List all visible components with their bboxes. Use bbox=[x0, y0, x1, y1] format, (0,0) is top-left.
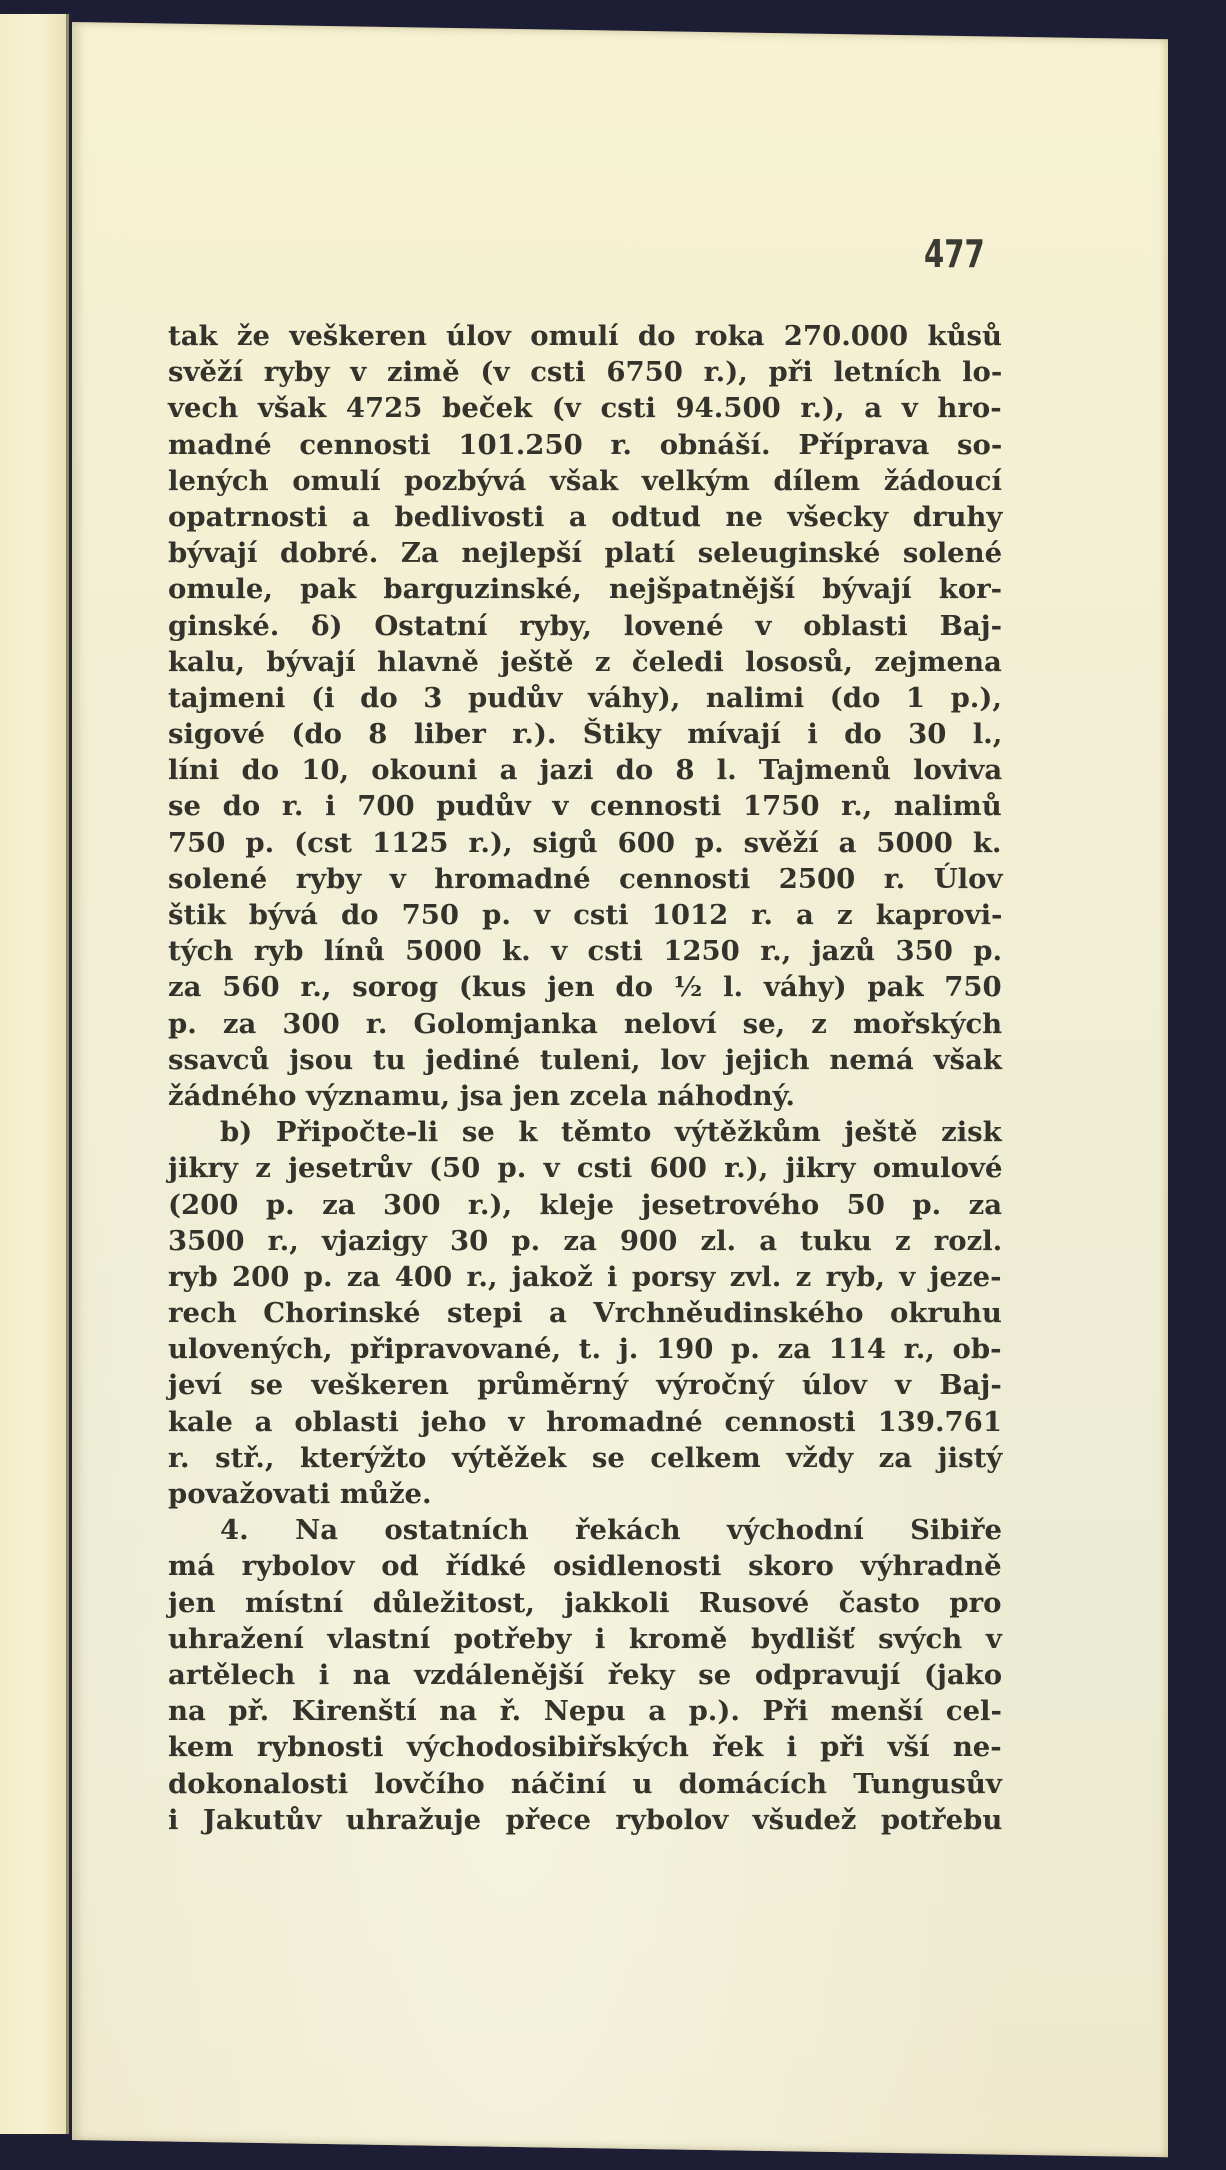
text-line: i Jakutův uhražuje přece rybolov všudež … bbox=[168, 1802, 1002, 1838]
page-text-body: tak že veškeren úlov omulí do roka 270.0… bbox=[168, 318, 1002, 1838]
text-line: jen místní důležitost, jakkoli Rusové ča… bbox=[168, 1585, 1002, 1621]
text-line: líni do 10, okouni a jazi do 8 l. Tajmen… bbox=[168, 752, 1002, 788]
text-line: se do r. i 700 pudův v cennosti 1750 r.,… bbox=[168, 788, 1002, 824]
text-line: lených omulí pozbývá však velkým dílem ž… bbox=[168, 463, 1002, 499]
text-line-paragraph-end: považovati může. bbox=[168, 1476, 1002, 1512]
page-number: 477 bbox=[924, 232, 985, 276]
text-line: tých ryb línů 5000 k. v csti 1250 r., ja… bbox=[168, 933, 1002, 969]
text-line: sigové (do 8 liber r.). Štiky mívají i d… bbox=[168, 716, 1002, 752]
text-line: omule, pak barguzinské, nejšpatnější býv… bbox=[168, 571, 1002, 607]
text-line: tak že veškeren úlov omulí do roka 270.0… bbox=[168, 318, 1002, 354]
text-line: kale a oblasti jeho v hromadné cennosti … bbox=[168, 1404, 1002, 1440]
text-line-paragraph-end: žádného významu, jsa jen zcela náhodný. bbox=[168, 1078, 1002, 1114]
text-line-section-heading: 4. Na ostatních řekách východní Sibiře bbox=[168, 1512, 1002, 1548]
text-line: svěží ryby v zimě (v csti 6750 r.), při … bbox=[168, 354, 1002, 390]
text-line: tajmeni (i do 3 pudův váhy), nalimi (do … bbox=[168, 680, 1002, 716]
text-line: kalu, bývají hlavně ještě z čeledi losos… bbox=[168, 644, 1002, 680]
text-line: jikry z jesetrův (50 p. v csti 600 r.), … bbox=[168, 1150, 1002, 1186]
text-line: p. za 300 r. Golomjanka neloví se, z moř… bbox=[168, 1006, 1002, 1042]
text-line: dokonalosti lovčího náčiní u domácích Tu… bbox=[168, 1766, 1002, 1802]
text-line: madné cennosti 101.250 r. obnáší. Přípra… bbox=[168, 427, 1002, 463]
text-line: ginské. δ) Ostatní ryby, lovené v oblast… bbox=[168, 608, 1002, 644]
book-spine-edge bbox=[0, 14, 69, 2134]
text-line: za 560 r., sorog (kus jen do ½ l. váhy) … bbox=[168, 969, 1002, 1005]
text-line: na př. Kirenští na ř. Nepu a p.). Při me… bbox=[168, 1693, 1002, 1729]
text-line: (200 p. za 300 r.), kleje jesetrového 50… bbox=[168, 1187, 1002, 1223]
text-line: ryb 200 p. za 400 r., jakož i porsy zvl.… bbox=[168, 1259, 1002, 1295]
text-line: r. stř., kterýžto výtěžek se celkem vždy… bbox=[168, 1440, 1002, 1476]
text-line: opatrnosti a bedlivosti a odtud ne všeck… bbox=[168, 499, 1002, 535]
text-line: má rybolov od řídké osidlenosti skoro vý… bbox=[168, 1548, 1002, 1584]
text-line: solené ryby v hromadné cennosti 2500 r. … bbox=[168, 861, 1002, 897]
text-line: vech však 4725 beček (v csti 94.500 r.),… bbox=[168, 390, 1002, 426]
text-line: 3500 r., vjazigy 30 p. za 900 zl. a tuku… bbox=[168, 1223, 1002, 1259]
text-line: kem rybnosti východosibiřských řek i při… bbox=[168, 1729, 1002, 1765]
text-line: ssavců jsou tu jediné tuleni, lov jejich… bbox=[168, 1042, 1002, 1078]
text-line: ulovených, připravované, t. j. 190 p. za… bbox=[168, 1331, 1002, 1367]
text-line-paragraph-start: b) Připočte-li se k těmto výtěžkům ještě… bbox=[168, 1114, 1002, 1150]
text-line: bývají dobré. Za nejlepší platí seleugin… bbox=[168, 535, 1002, 571]
text-line: uhražení vlastní potřeby i kromě bydlišť… bbox=[168, 1621, 1002, 1657]
text-line: rech Chorinské stepi a Vrchněudinského o… bbox=[168, 1295, 1002, 1331]
text-line: jeví se veškeren průměrný výročný úlov v… bbox=[168, 1367, 1002, 1403]
text-line: 750 p. (cst 1125 r.), sigů 600 p. svěží … bbox=[168, 825, 1002, 861]
text-line: štik bývá do 750 p. v csti 1012 r. a z k… bbox=[168, 897, 1002, 933]
text-line: artělech i na vzdálenější řeky se odprav… bbox=[168, 1657, 1002, 1693]
